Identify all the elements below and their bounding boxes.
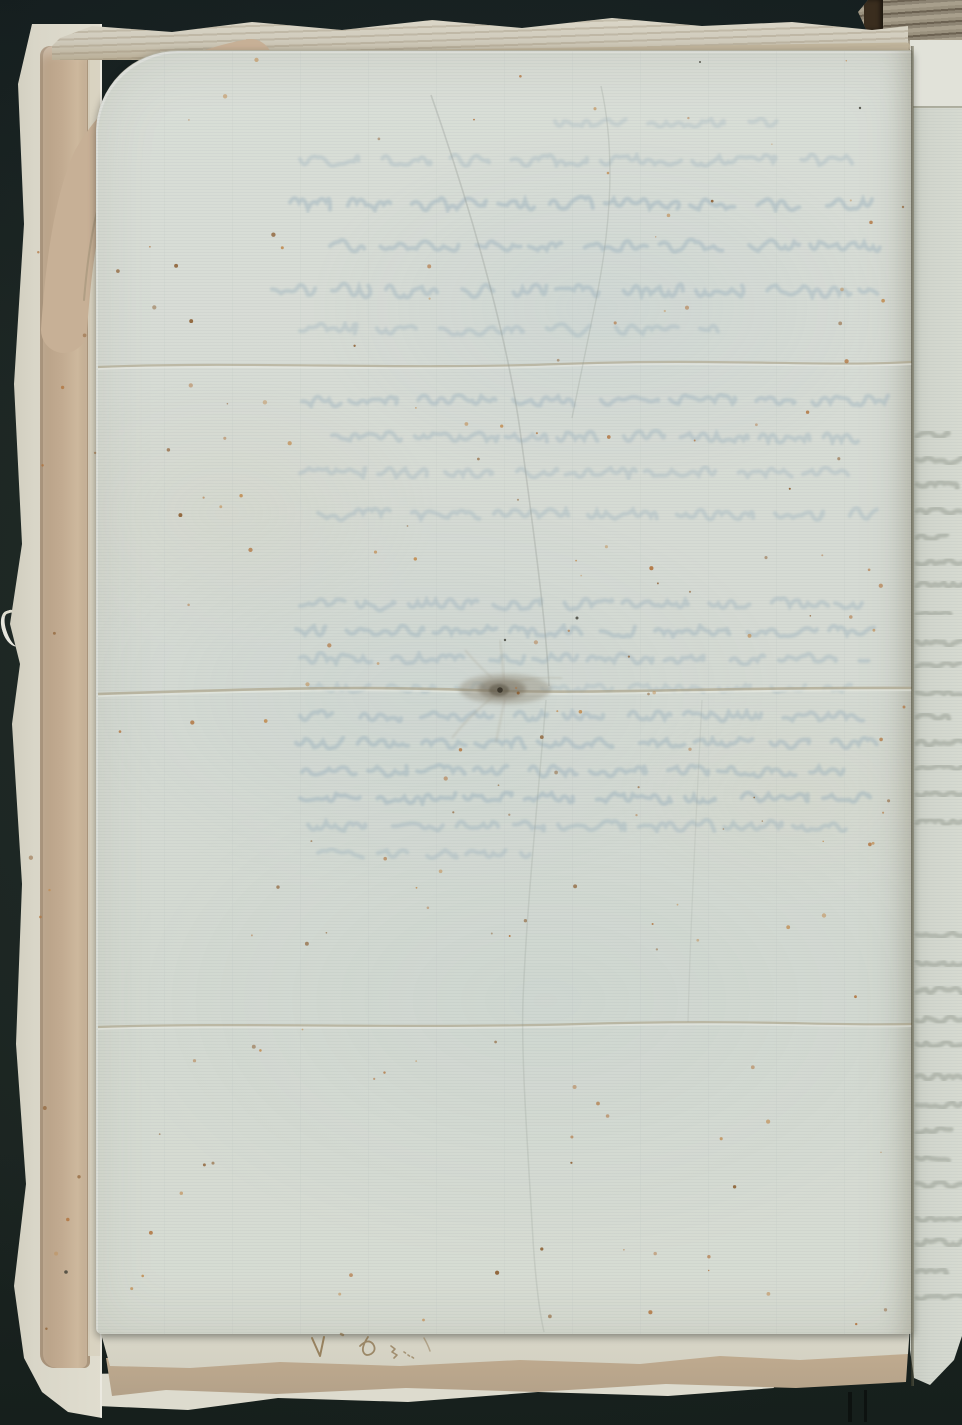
- binding-board-edge: [864, 0, 883, 30]
- gutter-crease: [911, 46, 914, 1386]
- facing-page-head-edge: [910, 40, 962, 106]
- binding-shadow-slit: [848, 1392, 852, 1422]
- manuscript-page: [96, 50, 913, 1334]
- facing-page-strip: [910, 40, 962, 1392]
- left-tan-flyleaf-edge: [40, 46, 90, 1368]
- manuscript-scan: [0, 0, 962, 1425]
- binding-shadow-slit: [864, 1390, 867, 1422]
